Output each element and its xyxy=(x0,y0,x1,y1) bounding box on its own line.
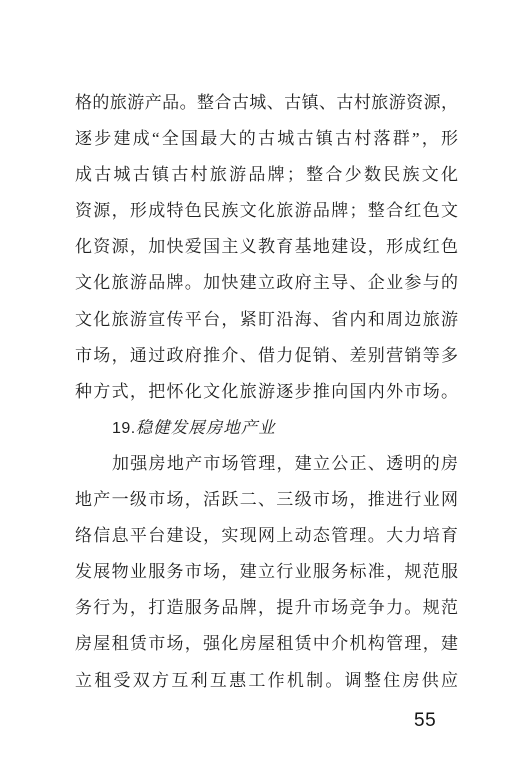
text-line: 成古城古镇古村旅游品牌；整合少数民族文化 xyxy=(75,157,458,193)
text-line: 务行为，打造服务品牌，提升市场竞争力。规范 xyxy=(75,590,458,626)
text-block: 格的旅游产品。整合古城、古镇、古村旅游资源， 逐步建成“全国最大的古城古镇古村落… xyxy=(75,85,458,699)
text-line: 房屋租赁市场，强化房屋租赁中介机构管理，建 xyxy=(75,626,458,662)
text-line: 地产一级市场，活跃二、三级市场，推进行业网 xyxy=(75,482,458,518)
text-line: 市场，通过政府推介、借力促销、差别营销等多 xyxy=(75,338,458,374)
text-line: 格的旅游产品。整合古城、古镇、古村旅游资源， xyxy=(75,85,458,121)
text-line: 种方式，把怀化文化旅游逐步推向国内外市场。 xyxy=(75,374,458,410)
section-heading: 19.稳健发展房地产业 xyxy=(75,410,458,446)
book-page: 格的旅游产品。整合古城、古镇、古村旅游资源， 逐步建成“全国最大的古城古镇古村落… xyxy=(0,0,529,774)
section-heading-title: 稳健发展房地产业 xyxy=(136,418,276,437)
text-line: 资源，形成特色民族文化旅游品牌；整合红色文 xyxy=(75,193,458,229)
text-line: 文化旅游品牌。加快建立政府主导、企业参与的 xyxy=(75,265,458,301)
text-line: 络信息平台建设，实现网上动态管理。大力培育 xyxy=(75,518,458,554)
text-line: 发展物业服务市场，建立行业服务标准，规范服 xyxy=(75,554,458,590)
text-line: 立租受双方互利互惠工作机制。调整住房供应 xyxy=(75,663,458,699)
text-line: 文化旅游宣传平台，紧盯沿海、省内和周边旅游 xyxy=(75,302,458,338)
text-line: 化资源，加快爱国主义教育基地建设，形成红色 xyxy=(75,229,458,265)
text-line: 逐步建成“全国最大的古城古镇古村落群”，形 xyxy=(75,121,458,157)
text-line: 加强房地产市场管理，建立公正、透明的房 xyxy=(75,446,458,482)
page-number: 55 xyxy=(414,710,436,732)
section-heading-number: 19. xyxy=(112,420,136,437)
